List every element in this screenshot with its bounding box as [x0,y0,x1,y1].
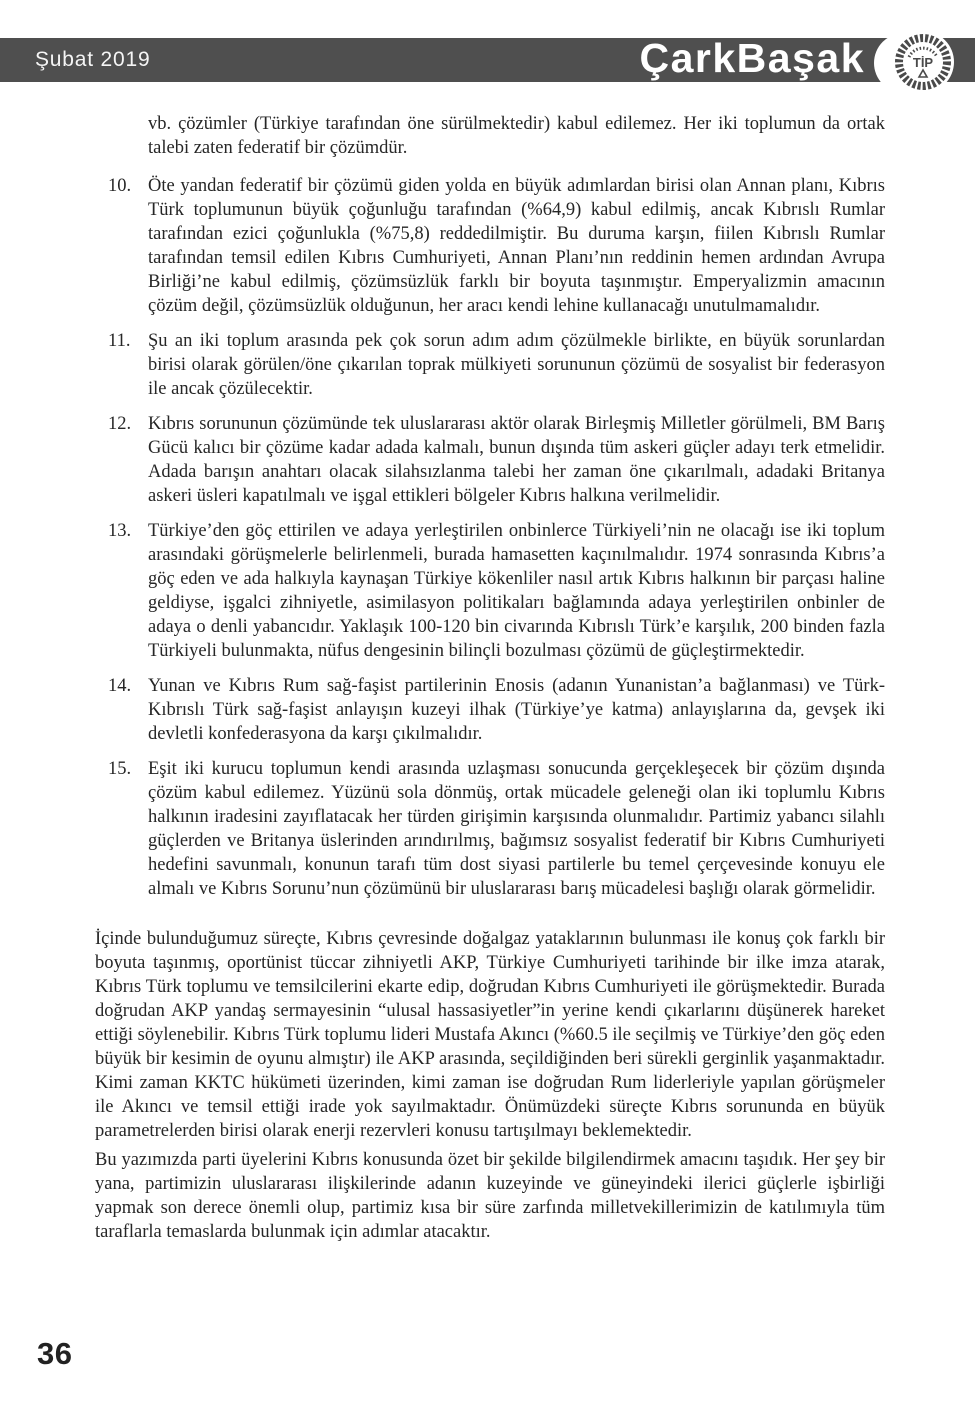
list-item: 14. Yunan ve Kıbrıs Rum sağ-faşist parti… [95,674,885,746]
list-item-number: 11. [108,329,130,353]
list-item: 12. Kıbrıs sorununun çözümünde tek ulusl… [95,412,885,508]
list-item-number: 10. [108,174,131,198]
list-item-text: Türkiye’den göç ettirilen ve adaya yerle… [148,521,885,661]
list-item-number: 14. [108,674,131,698]
list-item-number: 15. [108,757,131,781]
list-item-text: Eşit iki kurucu toplumun kendi arasında … [148,759,885,899]
page-number: 36 [37,1336,72,1372]
list-item-number: 13. [108,519,131,543]
list-item: 11. Şu an iki toplum arasında pek çok so… [95,329,885,401]
list-item: 13. Türkiye’den göç ettirilen ve adaya y… [95,519,885,663]
magazine-page: Şubat 2019 ÇarkBaşak TİP vb. çözümler (T… [0,0,975,1418]
masthead-part2: Başak [737,35,865,81]
list-item-text: Kıbrıs sorununun çözümünde tek uluslarar… [148,414,885,506]
closing-paragraph: İçinde bulunduğumuz süreçte, Kıbrıs çevr… [95,927,885,1143]
list-item-text: Öte yandan federatif bir çözümü giden yo… [148,176,885,316]
article-body: vb. çözümler (Türkiye tarafından öne sür… [95,112,885,1244]
list-item-number: 12. [108,412,131,436]
closing-section: İçinde bulunduğumuz süreçte, Kıbrıs çevr… [95,927,885,1244]
tip-party-logo-icon: TİP [872,20,964,108]
issue-date: Şubat 2019 [35,48,150,72]
list-item-text: Şu an iki toplum arasında pek çok sorun … [148,331,885,399]
list-item: 15. Eşit iki kurucu toplumun kendi arası… [95,757,885,901]
numbered-list: 10. Öte yandan federatif bir çözümü gide… [95,174,885,901]
masthead-part1: Çark [640,35,737,81]
masthead-title: ÇarkBaşak [640,34,866,82]
tip-party-logo: TİP [872,20,964,108]
list-item: 10. Öte yandan federatif bir çözümü gide… [95,174,885,318]
tip-logo-text: TİP [913,55,934,70]
continuation-paragraph: vb. çözümler (Türkiye tarafından öne sür… [148,112,885,160]
closing-paragraph: Bu yazımızda parti üyelerini Kıbrıs konu… [95,1148,885,1244]
list-item-text: Yunan ve Kıbrıs Rum sağ-faşist partileri… [148,676,885,744]
